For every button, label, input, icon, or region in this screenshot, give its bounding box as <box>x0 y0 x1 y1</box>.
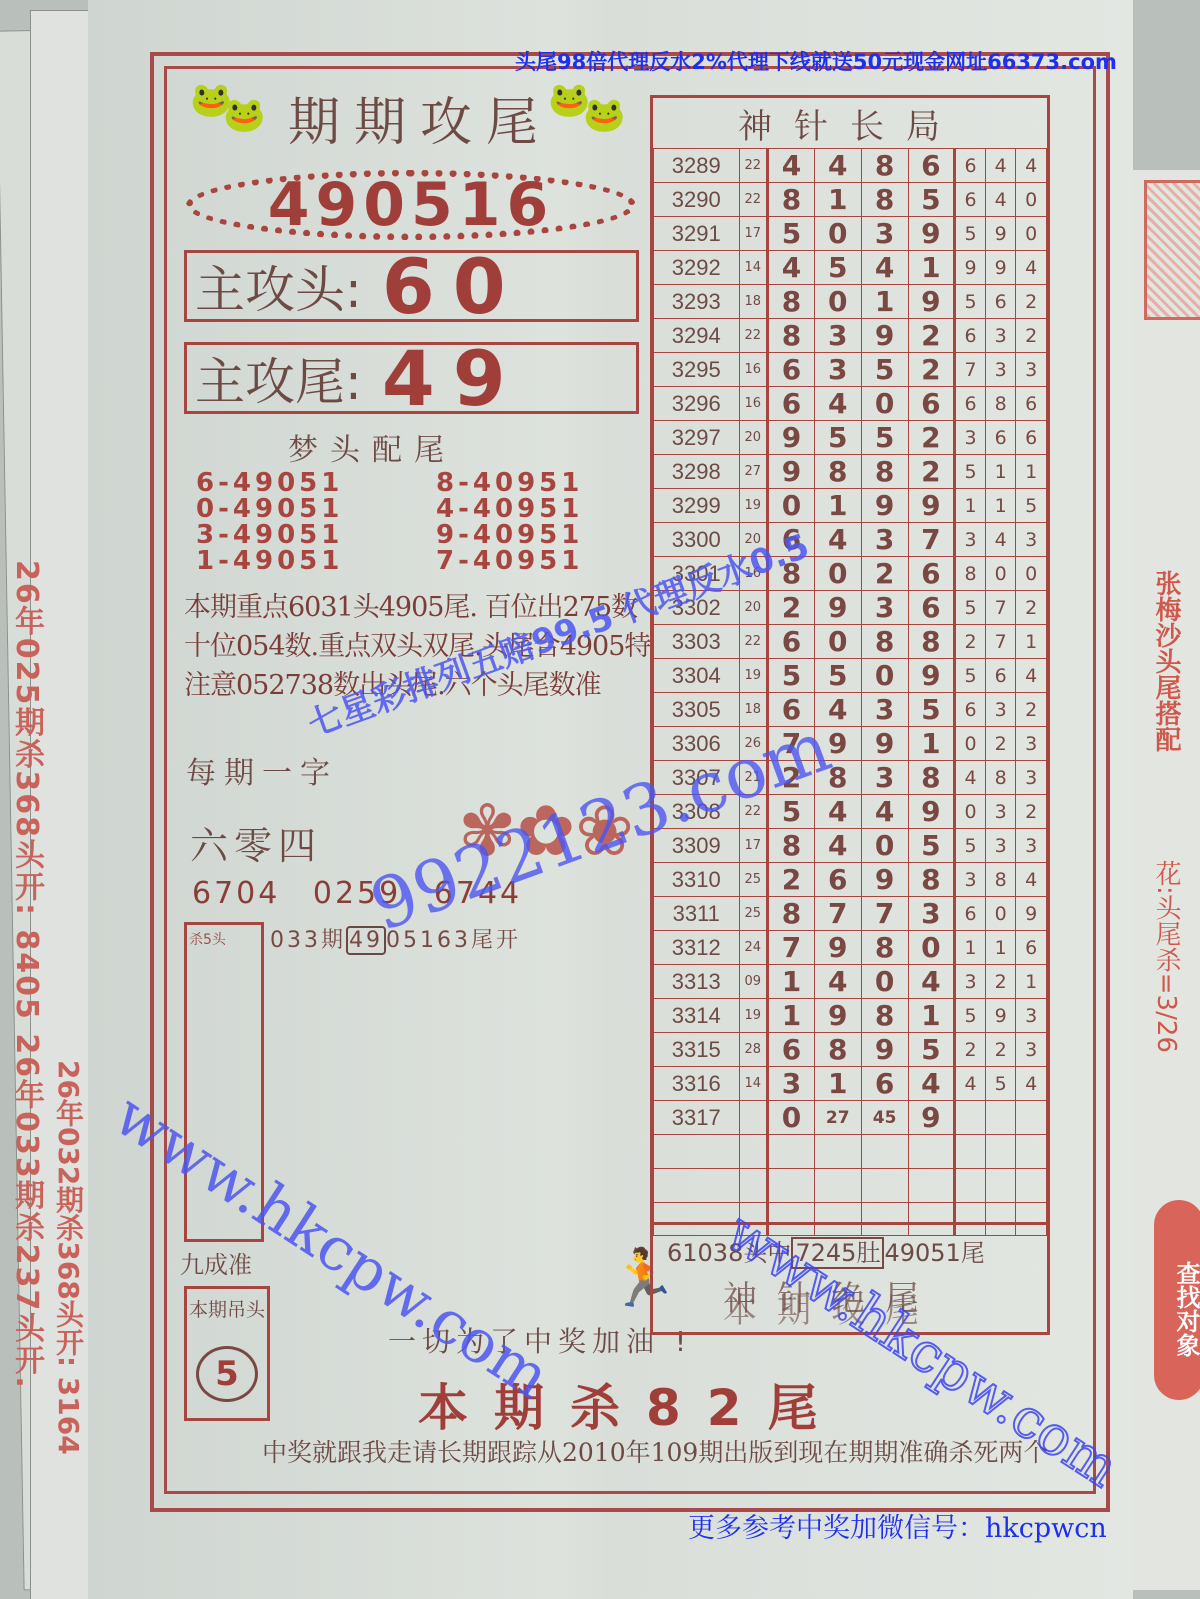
sum-cell <box>739 1135 768 1169</box>
small-digit-cell: 1 <box>985 931 1016 965</box>
table-row: 3292144541994 <box>654 251 1047 285</box>
big-digit-cell: 6 <box>768 1033 815 1067</box>
dream-pair: 6-49051 <box>196 470 396 496</box>
small-digit-cell <box>1016 1101 1047 1135</box>
big-digit-cell: 4 <box>814 387 861 421</box>
bottom-banner-watermark: 更多参考中奖加微信号：hkcpwcn <box>688 1506 1107 1545</box>
left-strip-text: 26年025期杀368头开: 8405 26年033期杀237头开. <box>8 560 48 1390</box>
table-row <box>654 1168 1047 1202</box>
small-digit-cell: 9 <box>985 251 1016 285</box>
sum-cell: 14 <box>739 251 768 285</box>
sum-cell: 18 <box>739 285 768 319</box>
big-digit-cell: 4 <box>814 149 861 183</box>
big-digit-cell: 0 <box>861 659 908 693</box>
big-digit-cell: 9 <box>814 999 861 1033</box>
small-digit-cell: 4 <box>955 1067 986 1101</box>
footer-text: 中奖就跟我走请长期跟踪从2010年109期出版到现在期期准确杀死两个 <box>262 1433 1048 1469</box>
big-digit-cell: 4 <box>908 1067 955 1101</box>
main-attack-tail-box: 主攻尾: 49 <box>184 342 639 414</box>
small-digit-cell: 1 <box>1016 455 1047 489</box>
sum-cell: 22 <box>739 625 768 659</box>
big-digit-cell: 7 <box>814 897 861 931</box>
small-digit-cell: 6 <box>985 659 1016 693</box>
table-row: 3314191981593 <box>654 999 1047 1033</box>
big-digit-cell: 6 <box>908 557 955 591</box>
issue-number-cell: 3311 <box>654 897 740 931</box>
small-digit-cell: 4 <box>1016 251 1047 285</box>
table-row: 3304195509564 <box>654 659 1047 693</box>
big-digit-cell: 9 <box>861 319 908 353</box>
small-digit-cell: 4 <box>1016 1067 1047 1101</box>
kill-line-prefix: 033期 <box>270 928 346 953</box>
issue-number-cell: 3310 <box>654 863 740 897</box>
big-digit-cell: 8 <box>768 319 815 353</box>
small-digit-cell: 3 <box>1016 761 1047 795</box>
needle-table: 神针长局 32892244866443290228185640329117503… <box>650 95 1050 1335</box>
main-attack-head-label: 主攻头: <box>187 250 362 322</box>
big-digit-cell: 2 <box>768 863 815 897</box>
big-digit-cell: 8 <box>861 625 908 659</box>
big-digit-cell: 7 <box>768 931 815 965</box>
small-digit-cell: 3 <box>1016 999 1047 1033</box>
small-digit-cell: 3 <box>985 829 1016 863</box>
big-digit-cell <box>908 1168 955 1202</box>
small-digit-cell: 2 <box>985 1033 1016 1067</box>
big-digit-cell: 7 <box>908 523 955 557</box>
big-digit-cell: 4 <box>861 795 908 829</box>
small-digit-cell: 9 <box>985 217 1016 251</box>
small-digit-cell: 0 <box>1016 183 1047 217</box>
table-row: 3312247980116 <box>654 931 1047 965</box>
bottom-suffix: 49051尾 <box>884 1239 984 1267</box>
small-digit-cell: 3 <box>985 353 1016 387</box>
small-digit-cell: 0 <box>985 557 1016 591</box>
issue-number-cell: 3297 <box>654 421 740 455</box>
sum-cell: 22 <box>739 149 768 183</box>
big-digit-cell: 6 <box>908 591 955 625</box>
sum-cell: 16 <box>739 353 768 387</box>
frog-icon: 🐸 <box>583 95 625 135</box>
small-digit-cell: 3 <box>985 795 1016 829</box>
small-digit-cell: 0 <box>955 727 986 761</box>
small-digit-cell: 4 <box>985 523 1016 557</box>
big-digit-cell: 2 <box>908 353 955 387</box>
dream-pair: 4-40951 <box>436 496 636 522</box>
small-digit-cell: 3 <box>985 319 1016 353</box>
big-digit-cell: 1 <box>768 965 815 999</box>
big-digit-cell: 8 <box>861 999 908 1033</box>
big-digit-cell <box>768 1168 815 1202</box>
big-digit-cell: 4 <box>814 523 861 557</box>
small-digit-cell: 9 <box>1016 897 1047 931</box>
sum-cell: 22 <box>739 319 768 353</box>
big-digit-cell: 6 <box>861 1067 908 1101</box>
big-digit-cell: 3 <box>814 319 861 353</box>
big-digit-cell: 8 <box>861 149 908 183</box>
background-paper-right: 张梅沙头尾搭配 花:头尾杀=3/26 查找对象 <box>1125 170 1200 1590</box>
small-digit-cell: 5 <box>985 1067 1016 1101</box>
small-digit-cell: 5 <box>955 999 986 1033</box>
big-digit-cell: 9 <box>908 489 955 523</box>
small-digit-cell: 5 <box>955 285 986 319</box>
sum-cell: 22 <box>739 183 768 217</box>
small-digit-cell: 4 <box>985 149 1016 183</box>
kill-line-boxed: 49 <box>346 926 386 955</box>
small-digit-cell: 3 <box>955 863 986 897</box>
right-strip-text: 张梅沙头尾搭配 <box>1148 570 1185 752</box>
small-digit-cell: 0 <box>955 795 986 829</box>
big-digit-cell: 3 <box>861 523 908 557</box>
big-digit-cell: 8 <box>814 455 861 489</box>
big-digit-cell <box>768 1135 815 1169</box>
table-row: 3294228392632 <box>654 319 1047 353</box>
issue-number-cell: 3305 <box>654 693 740 727</box>
kill-5-head-label: 杀5头 <box>187 925 261 953</box>
big-digit-cell: 1 <box>908 251 955 285</box>
small-digit-cell: 1 <box>1016 965 1047 999</box>
big-digit-cell: 5 <box>908 183 955 217</box>
big-digit-cell: 1 <box>908 999 955 1033</box>
big-digit-cell: 1 <box>814 183 861 217</box>
hanging-head-label: 本期吊头 <box>187 1289 267 1322</box>
table-row: 3315286895223 <box>654 1033 1047 1067</box>
issue-number-cell: 3316 <box>654 1067 740 1101</box>
big-digit-cell: 5 <box>768 659 815 693</box>
big-digit-cell: 9 <box>768 455 815 489</box>
big-digit-cell: 5 <box>908 1033 955 1067</box>
frog-icon: 🐸 <box>223 95 265 135</box>
issue-number-cell <box>654 1135 740 1169</box>
sum-cell: 14 <box>739 1067 768 1101</box>
needle-table-grid: 3289224486644329022818564032911750395903… <box>653 148 1047 1236</box>
small-digit-cell: 8 <box>985 863 1016 897</box>
small-digit-cell: 2 <box>955 625 986 659</box>
small-digit-cell: 6 <box>955 387 986 421</box>
left-strip-text-2: 26年032期杀368头开: 3164 <box>52 1060 88 1455</box>
table-row: 3311258773609 <box>654 897 1047 931</box>
table-row: 3310252698384 <box>654 863 1047 897</box>
big-digit-cell: 2 <box>768 591 815 625</box>
sum-cell: 19 <box>739 489 768 523</box>
big-digit-cell: 3 <box>861 693 908 727</box>
big-digit-cell: 9 <box>908 285 955 319</box>
big-digit-cell: 0 <box>814 625 861 659</box>
needle-table-title: 神针长局 <box>653 98 1047 148</box>
small-digit-cell: 8 <box>985 761 1016 795</box>
table-row: 3305186435632 <box>654 693 1047 727</box>
big-digit-cell: 0 <box>814 285 861 319</box>
small-digit-cell <box>985 1168 1016 1202</box>
dream-pair: 0-49051 <box>196 496 396 522</box>
top-banner-watermark: 头尾98倍代理反水2%代理下线就送50元现金网址66373.com <box>515 46 1117 76</box>
big-digit-cell: 4 <box>814 693 861 727</box>
big-digit-cell: 9 <box>908 659 955 693</box>
big-digit-cell: 3 <box>861 217 908 251</box>
small-digit-cell: 9 <box>985 999 1016 1033</box>
small-digit-cell: 2 <box>1016 795 1047 829</box>
big-digit-cell: 5 <box>814 421 861 455</box>
big-digit-cell: 9 <box>814 931 861 965</box>
issue-number-cell: 3290 <box>654 183 740 217</box>
big-digit-cell: 1 <box>814 489 861 523</box>
big-digit-cell: 2 <box>908 319 955 353</box>
issue-number-cell: 3289 <box>654 149 740 183</box>
small-digit-cell: 5 <box>955 829 986 863</box>
big-digit-cell: 5 <box>814 659 861 693</box>
big-digit-cell: 0 <box>861 387 908 421</box>
big-digit-cell: 1 <box>768 999 815 1033</box>
big-digit-cell: 0 <box>908 931 955 965</box>
dream-pairs-title: 梦头配尾 <box>288 425 456 469</box>
dream-pair: 9-40951 <box>436 522 636 548</box>
sum-cell: 25 <box>739 897 768 931</box>
sum-cell <box>739 1101 768 1135</box>
big-digit-cell: 6 <box>814 863 861 897</box>
issue-number-cell: 3317 <box>654 1101 740 1135</box>
big-digit-cell: 9 <box>861 489 908 523</box>
big-digit-cell: 0 <box>768 1101 815 1135</box>
big-digit-cell: 7 <box>861 897 908 931</box>
big-digit-cell: 8 <box>861 183 908 217</box>
big-digit-cell: 2 <box>908 421 955 455</box>
small-digit-cell: 7 <box>985 625 1016 659</box>
issue-number-cell: 3315 <box>654 1033 740 1067</box>
big-digit-cell: 4 <box>861 251 908 285</box>
big-digit-cell: 3 <box>908 897 955 931</box>
big-digit-cell: 8 <box>768 183 815 217</box>
big-digit-cell: 9 <box>814 591 861 625</box>
small-digit-cell: 4 <box>1016 659 1047 693</box>
table-row: 3303226088271 <box>654 625 1047 659</box>
big-digit-cell: 2 <box>861 557 908 591</box>
small-digit-cell: 5 <box>955 591 986 625</box>
issue-number-cell: 3291 <box>654 217 740 251</box>
big-digit-cell: 5 <box>908 829 955 863</box>
big-digit-cell: 8 <box>814 1033 861 1067</box>
small-digit-cell: 0 <box>1016 217 1047 251</box>
table-row: 3290228185640 <box>654 183 1047 217</box>
big-digit-cell: 3 <box>861 761 908 795</box>
small-digit-cell: 0 <box>985 897 1016 931</box>
small-digit-cell <box>985 1135 1016 1169</box>
big-digit-cell: 1 <box>814 1067 861 1101</box>
big-digit-cell: 8 <box>768 285 815 319</box>
small-digit-cell: 6 <box>985 421 1016 455</box>
sum-cell: 28 <box>739 1033 768 1067</box>
decorative-pattern <box>1144 180 1200 320</box>
issue-number-cell: 3312 <box>654 931 740 965</box>
small-digit-cell: 6 <box>955 319 986 353</box>
issue-number-cell: 3292 <box>654 251 740 285</box>
small-digit-cell: 3 <box>985 693 1016 727</box>
big-digit-cell: 5 <box>861 353 908 387</box>
big-digit-cell: 5 <box>768 217 815 251</box>
small-digit-cell: 6 <box>955 183 986 217</box>
small-digit-cell: 0 <box>1016 557 1047 591</box>
issue-number-cell: 3296 <box>654 387 740 421</box>
table-row: 3296166406686 <box>654 387 1047 421</box>
big-digit-cell: 4 <box>908 965 955 999</box>
big-digit-cell: 6 <box>768 387 815 421</box>
big-digit-cell: 4 <box>814 795 861 829</box>
small-digit-cell: 7 <box>955 353 986 387</box>
big-digit-cell: 9 <box>908 217 955 251</box>
issue-number-cell: 3313 <box>654 965 740 999</box>
small-digit-cell: 3 <box>955 965 986 999</box>
big-digit-cell: 6 <box>768 353 815 387</box>
small-digit-cell: 4 <box>1016 863 1047 897</box>
small-digit-cell: 3 <box>1016 727 1047 761</box>
sheet-title: 期期攻尾 <box>288 80 552 155</box>
big-digit-cell: 8 <box>908 761 955 795</box>
big-digit-cell: 9 <box>861 727 908 761</box>
small-digit-cell: 7 <box>985 591 1016 625</box>
main-attack-head-box: 主攻头: 60 <box>184 250 639 322</box>
small-digit-cell: 1 <box>955 489 986 523</box>
big-digit-cell: 9 <box>861 863 908 897</box>
big-digit-cell: 3 <box>768 1067 815 1101</box>
dream-pairs-grid: 6-49051 8-40951 0-49051 4-40951 3-49051 … <box>196 470 636 574</box>
small-digit-cell <box>985 1101 1016 1135</box>
small-digit-cell: 8 <box>985 387 1016 421</box>
big-digit-cell: 0 <box>861 829 908 863</box>
table-row: 3299190199115 <box>654 489 1047 523</box>
small-digit-cell: 3 <box>1016 829 1047 863</box>
big-digit-cell: 5 <box>908 693 955 727</box>
six-zero-four: 六零四 <box>190 815 322 870</box>
table-row: 3317027459 <box>654 1101 1047 1135</box>
sum-cell <box>739 1168 768 1202</box>
big-digit-cell: 5 <box>814 251 861 285</box>
big-digit-cell: 6 <box>908 149 955 183</box>
small-digit-cell: 1 <box>1016 625 1047 659</box>
lucky-number: 490516 <box>186 170 636 240</box>
big-digit-cell <box>814 1168 861 1202</box>
small-digit-cell: 4 <box>955 761 986 795</box>
dream-pair: 1-49051 <box>196 548 396 574</box>
big-digit-cell: 9 <box>908 1101 955 1135</box>
small-digit-cell: 9 <box>955 251 986 285</box>
sum-cell: 25 <box>739 863 768 897</box>
big-digit-cell <box>908 1135 955 1169</box>
big-digit-cell: 1 <box>908 727 955 761</box>
right-strip-text-2: 花:头尾杀=3/26 <box>1148 860 1185 1053</box>
big-digit-cell: 8 <box>908 863 955 897</box>
big-digit-cell: 6 <box>908 387 955 421</box>
hanging-head-value: 5 <box>196 1346 258 1402</box>
small-digit-cell: 6 <box>1016 387 1047 421</box>
small-digit-cell: 2 <box>1016 285 1047 319</box>
small-digit-cell: 4 <box>985 183 1016 217</box>
small-digit-cell <box>955 1168 986 1202</box>
small-digit-cell: 5 <box>1016 489 1047 523</box>
table-row: 3295166352733 <box>654 353 1047 387</box>
big-digit-cell: 45 <box>861 1101 908 1135</box>
hanging-head-box: 本期吊头 5 <box>184 1286 270 1421</box>
big-digit-cell <box>861 1168 908 1202</box>
ninety-percent-label: 九成准 <box>180 1245 252 1280</box>
small-digit-cell: 3 <box>955 523 986 557</box>
issue-number-cell: 3299 <box>654 489 740 523</box>
small-digit-cell: 5 <box>955 455 986 489</box>
small-digit-cell: 6 <box>985 285 1016 319</box>
table-row: 3313091404321 <box>654 965 1047 999</box>
big-digit-cell: 5 <box>861 421 908 455</box>
big-digit-cell: 4 <box>814 965 861 999</box>
small-digit-cell <box>1016 1135 1047 1169</box>
big-digit-cell: 8 <box>861 931 908 965</box>
small-digit-cell: 1 <box>985 455 1016 489</box>
small-digit-cell: 6 <box>1016 931 1047 965</box>
small-digit-cell: 8 <box>955 557 986 591</box>
issue-number-cell: 3303 <box>654 625 740 659</box>
table-row: 3297209552366 <box>654 421 1047 455</box>
dream-pair: 7-40951 <box>436 548 636 574</box>
sum-cell: 20 <box>739 591 768 625</box>
sum-cell: 18 <box>739 693 768 727</box>
dream-pair: 3-49051 <box>196 522 396 548</box>
table-row <box>654 1135 1047 1169</box>
table-row: 3291175039590 <box>654 217 1047 251</box>
each-period-label: 每期一字 <box>186 748 338 792</box>
small-digit-cell: 2 <box>1016 693 1047 727</box>
main-attack-head-value: 60 <box>382 242 524 331</box>
big-digit-cell: 8 <box>908 625 955 659</box>
big-digit-cell <box>814 1135 861 1169</box>
big-digit-cell: 4 <box>768 149 815 183</box>
sum-cell: 16 <box>739 387 768 421</box>
sum-cell: 19 <box>739 659 768 693</box>
small-digit-cell: 2 <box>1016 319 1047 353</box>
small-digit-cell: 6 <box>1016 421 1047 455</box>
small-digit-cell: 5 <box>955 217 986 251</box>
small-digit-cell: 5 <box>955 659 986 693</box>
big-digit-cell: 9 <box>908 795 955 829</box>
small-digit-cell: 3 <box>955 421 986 455</box>
big-digit-cell <box>861 1135 908 1169</box>
issue-number-cell: 3295 <box>654 353 740 387</box>
sum-cell: 19 <box>739 999 768 1033</box>
sum-cell: 24 <box>739 931 768 965</box>
issue-number-cell: 3304 <box>654 659 740 693</box>
small-digit-cell: 6 <box>955 693 986 727</box>
small-digit-cell <box>955 1101 986 1135</box>
dream-pair: 8-40951 <box>436 470 636 496</box>
small-digit-cell: 3 <box>1016 1033 1047 1067</box>
big-digit-cell: 9 <box>861 1033 908 1067</box>
table-row: 3293188019562 <box>654 285 1047 319</box>
small-digit-cell: 2 <box>955 1033 986 1067</box>
big-digit-cell: 3 <box>814 353 861 387</box>
small-digit-cell <box>1016 1168 1047 1202</box>
big-digit-cell: 1 <box>861 285 908 319</box>
small-digit-cell: 1 <box>955 931 986 965</box>
sum-cell: 17 <box>739 217 768 251</box>
issue-number-cell: 3314 <box>654 999 740 1033</box>
big-digit-cell: 8 <box>768 897 815 931</box>
small-digit-cell: 6 <box>955 149 986 183</box>
big-digit-cell: 27 <box>814 1101 861 1135</box>
big-digit-cell: 0 <box>814 217 861 251</box>
main-attack-tail-label: 主攻尾: <box>187 342 362 414</box>
table-row: 3309178405533 <box>654 829 1047 863</box>
issue-number-cell <box>654 1168 740 1202</box>
small-digit-cell: 1 <box>985 489 1016 523</box>
big-digit-cell: 2 <box>908 455 955 489</box>
big-digit-cell: 3 <box>861 591 908 625</box>
table-row: 3316143164454 <box>654 1067 1047 1101</box>
small-digit-cell: 3 <box>1016 353 1047 387</box>
